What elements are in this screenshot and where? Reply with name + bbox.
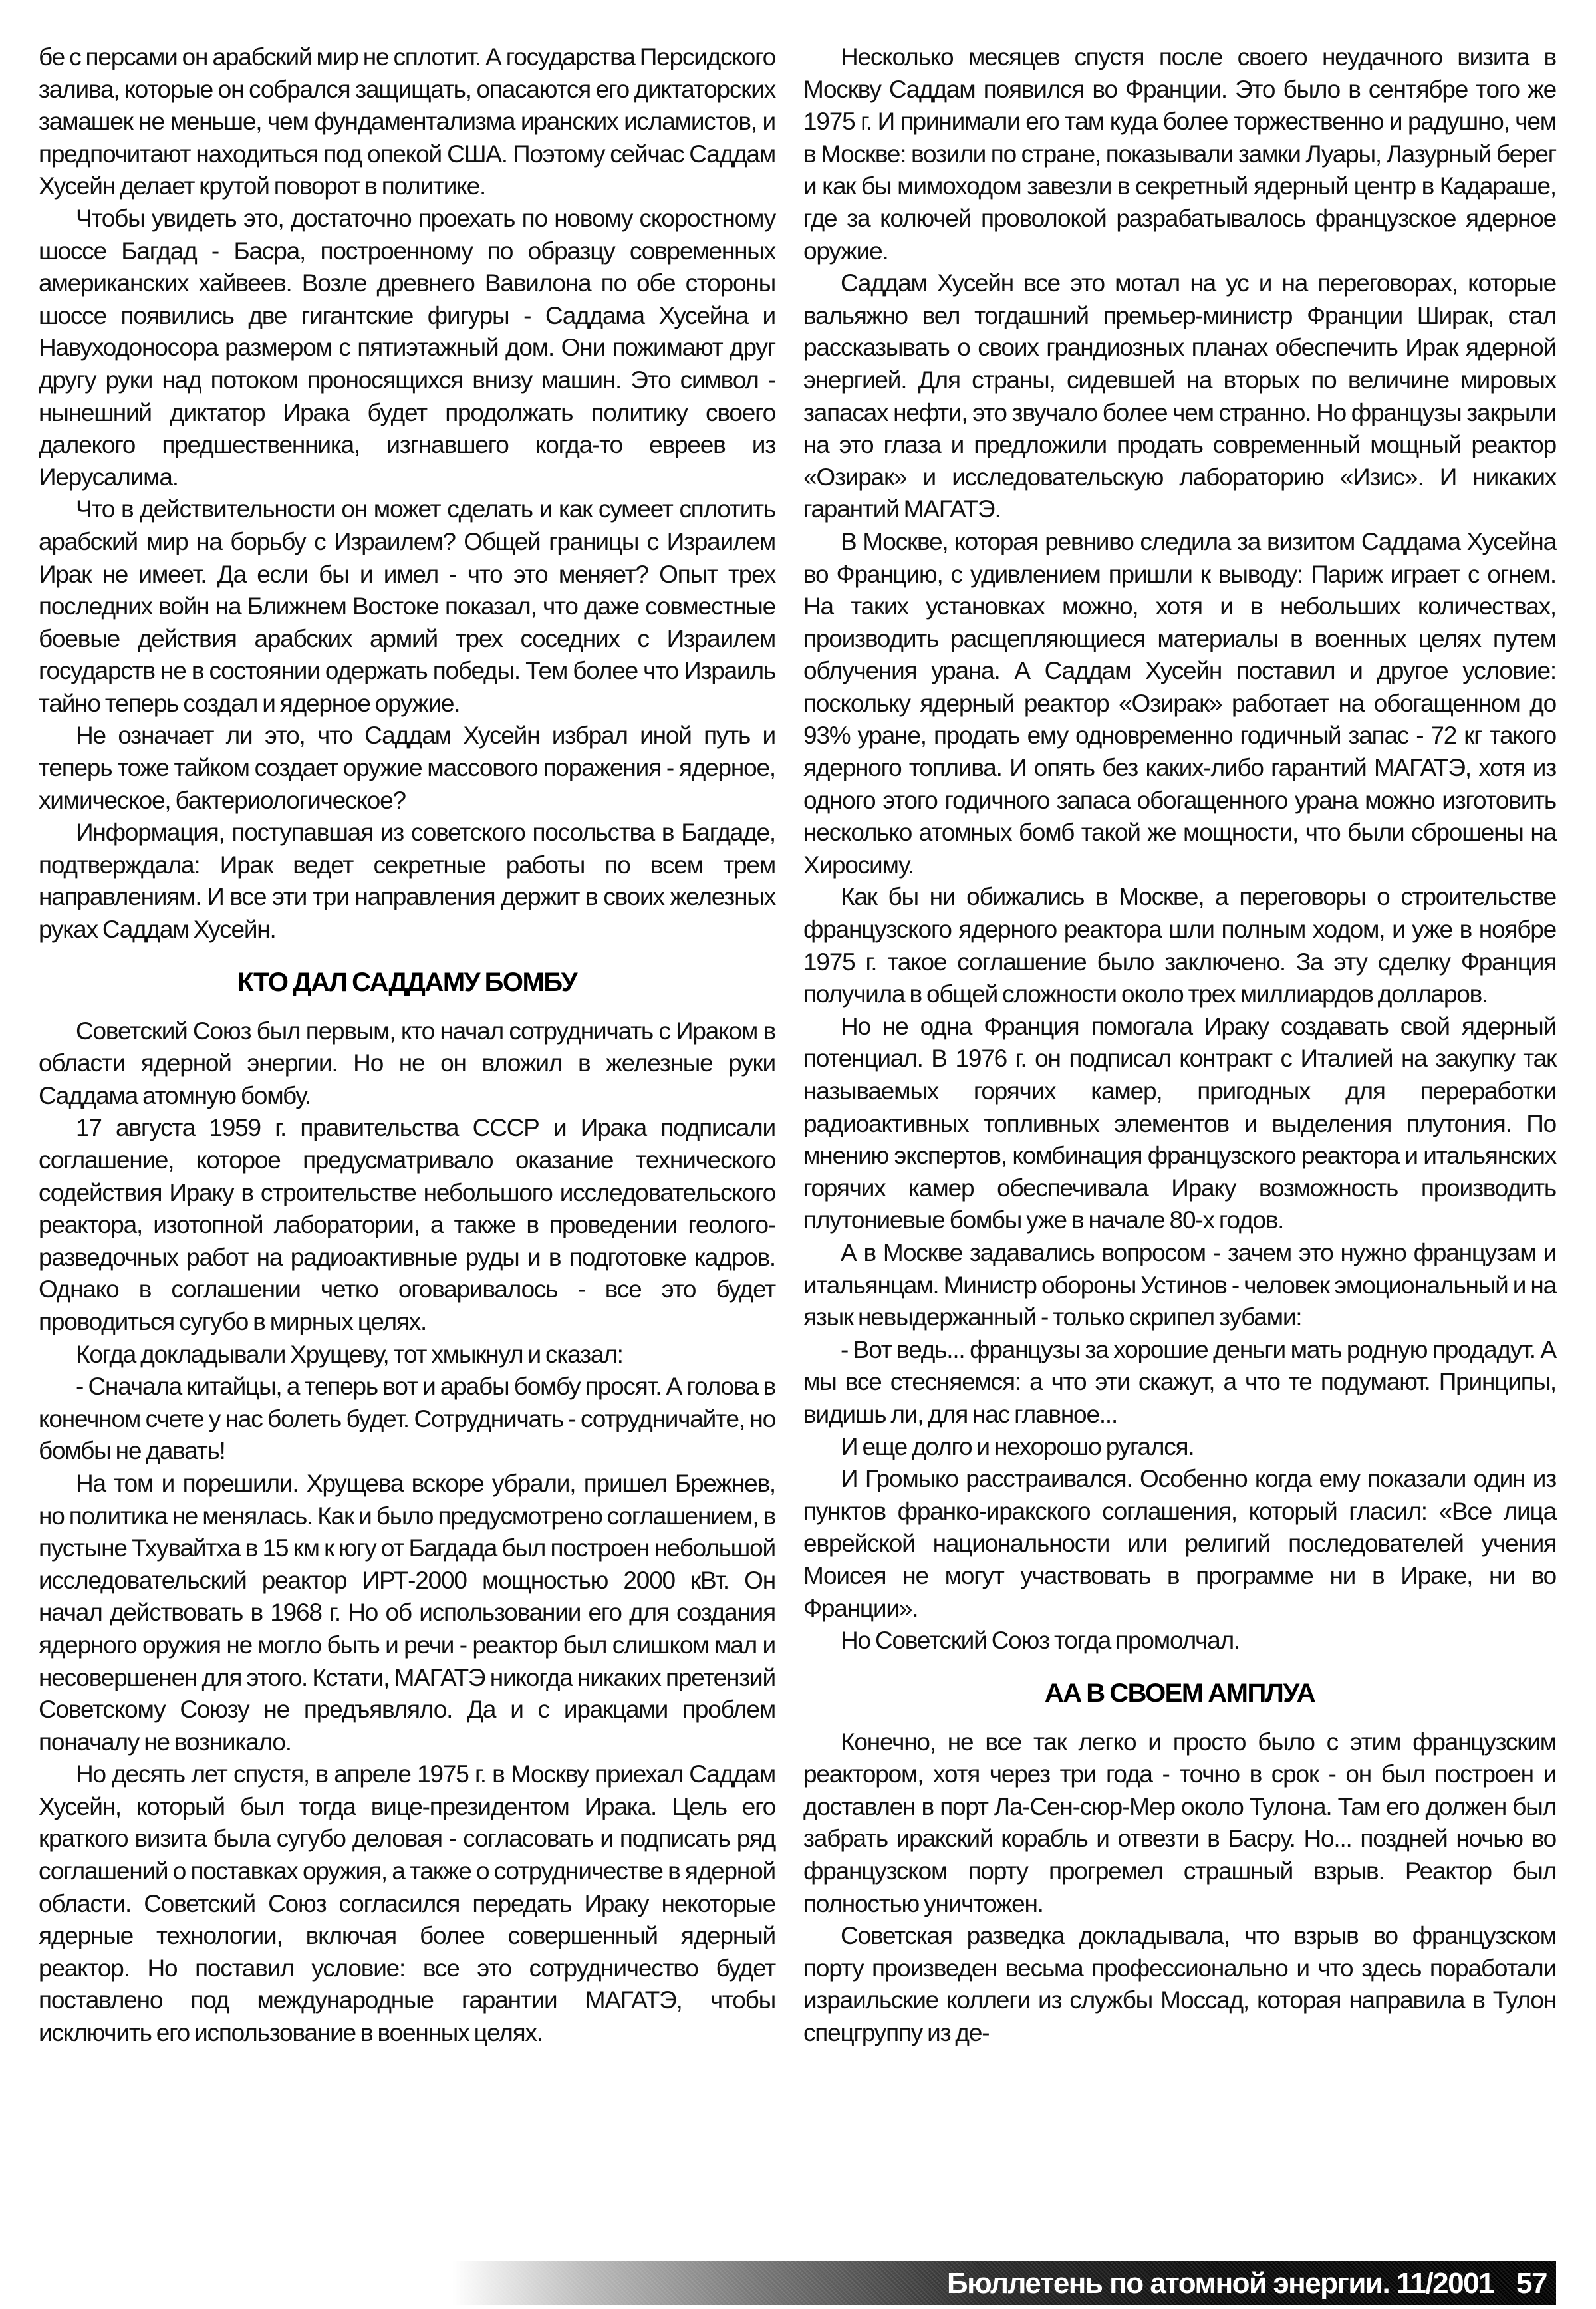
paragraph: Конечно, не все так легко и просто было … (803, 1726, 1556, 1921)
magazine-page: бе с персами он арабский мир не сплотит.… (0, 0, 1596, 2309)
paragraph: 17 августа 1959 г. правительства СССР и … (39, 1112, 775, 1338)
paragraph: А в Москве задавались вопросом - зачем э… (803, 1237, 1556, 1334)
publication-title: Бюллетень по атомной энергии. 11/2001 (947, 2267, 1494, 2300)
paragraph: Что в действительности он может сделать … (39, 493, 775, 720)
paragraph: бе с персами он арабский мир не сплотит.… (39, 41, 775, 203)
left-column: бе с персами он арабский мир не сплотит.… (39, 41, 775, 2050)
section-heading: АА В СВОЕМ АМПЛУА (803, 1677, 1556, 1709)
right-column: Несколько месяцев спустя после своего не… (803, 41, 1556, 2050)
footer-text: Бюллетень по атомной энергии. 11/200157 (947, 2266, 1547, 2301)
paragraph: Несколько месяцев спустя после своего не… (803, 41, 1556, 267)
paragraph: В Москве, которая ревниво следила за виз… (803, 526, 1556, 882)
paragraph: Информация, поступавшая из советского по… (39, 817, 775, 946)
page-number: 57 (1516, 2267, 1547, 2300)
paragraph: На том и порешили. Хрущева вскоре убрали… (39, 1468, 775, 1758)
paragraph: Но Советский Союз тогда промолчал. (803, 1625, 1556, 1657)
paragraph: Когда докладывали Хрущеву, тот хмыкнул и… (39, 1339, 775, 1371)
paragraph: Советский Союз был первым, кто начал сот… (39, 1016, 775, 1113)
footer-band: Бюллетень по атомной энергии. 11/200157 (452, 2261, 1556, 2305)
paragraph: Но десять лет спустя, в апреле 1975 г. в… (39, 1758, 775, 2049)
paragraph: - Вот ведь... французы за хорошие деньги… (803, 1334, 1556, 1431)
paragraph: И Громыко расстраивался. Особенно когда … (803, 1463, 1556, 1625)
paragraph: И еще долго и нехорошо ругался. (803, 1431, 1556, 1464)
paragraph: Саддам Хусейн все это мотал на ус и на п… (803, 267, 1556, 526)
paragraph: - Сначала китайцы, а теперь вот и арабы … (39, 1371, 775, 1468)
paragraph: Не означает ли это, что Саддам Хусейн из… (39, 720, 775, 817)
section-heading: КТО ДАЛ САДДАМУ БОМБУ (39, 966, 775, 998)
paragraph: Но не одна Франция помогала Ираку создав… (803, 1011, 1556, 1237)
paragraph: Чтобы увидеть это, достаточно проехать п… (39, 203, 775, 493)
paragraph: Как бы ни обижались в Москве, а перегово… (803, 881, 1556, 1010)
paragraph: Советская разведка докладывала, что взры… (803, 1920, 1556, 2049)
